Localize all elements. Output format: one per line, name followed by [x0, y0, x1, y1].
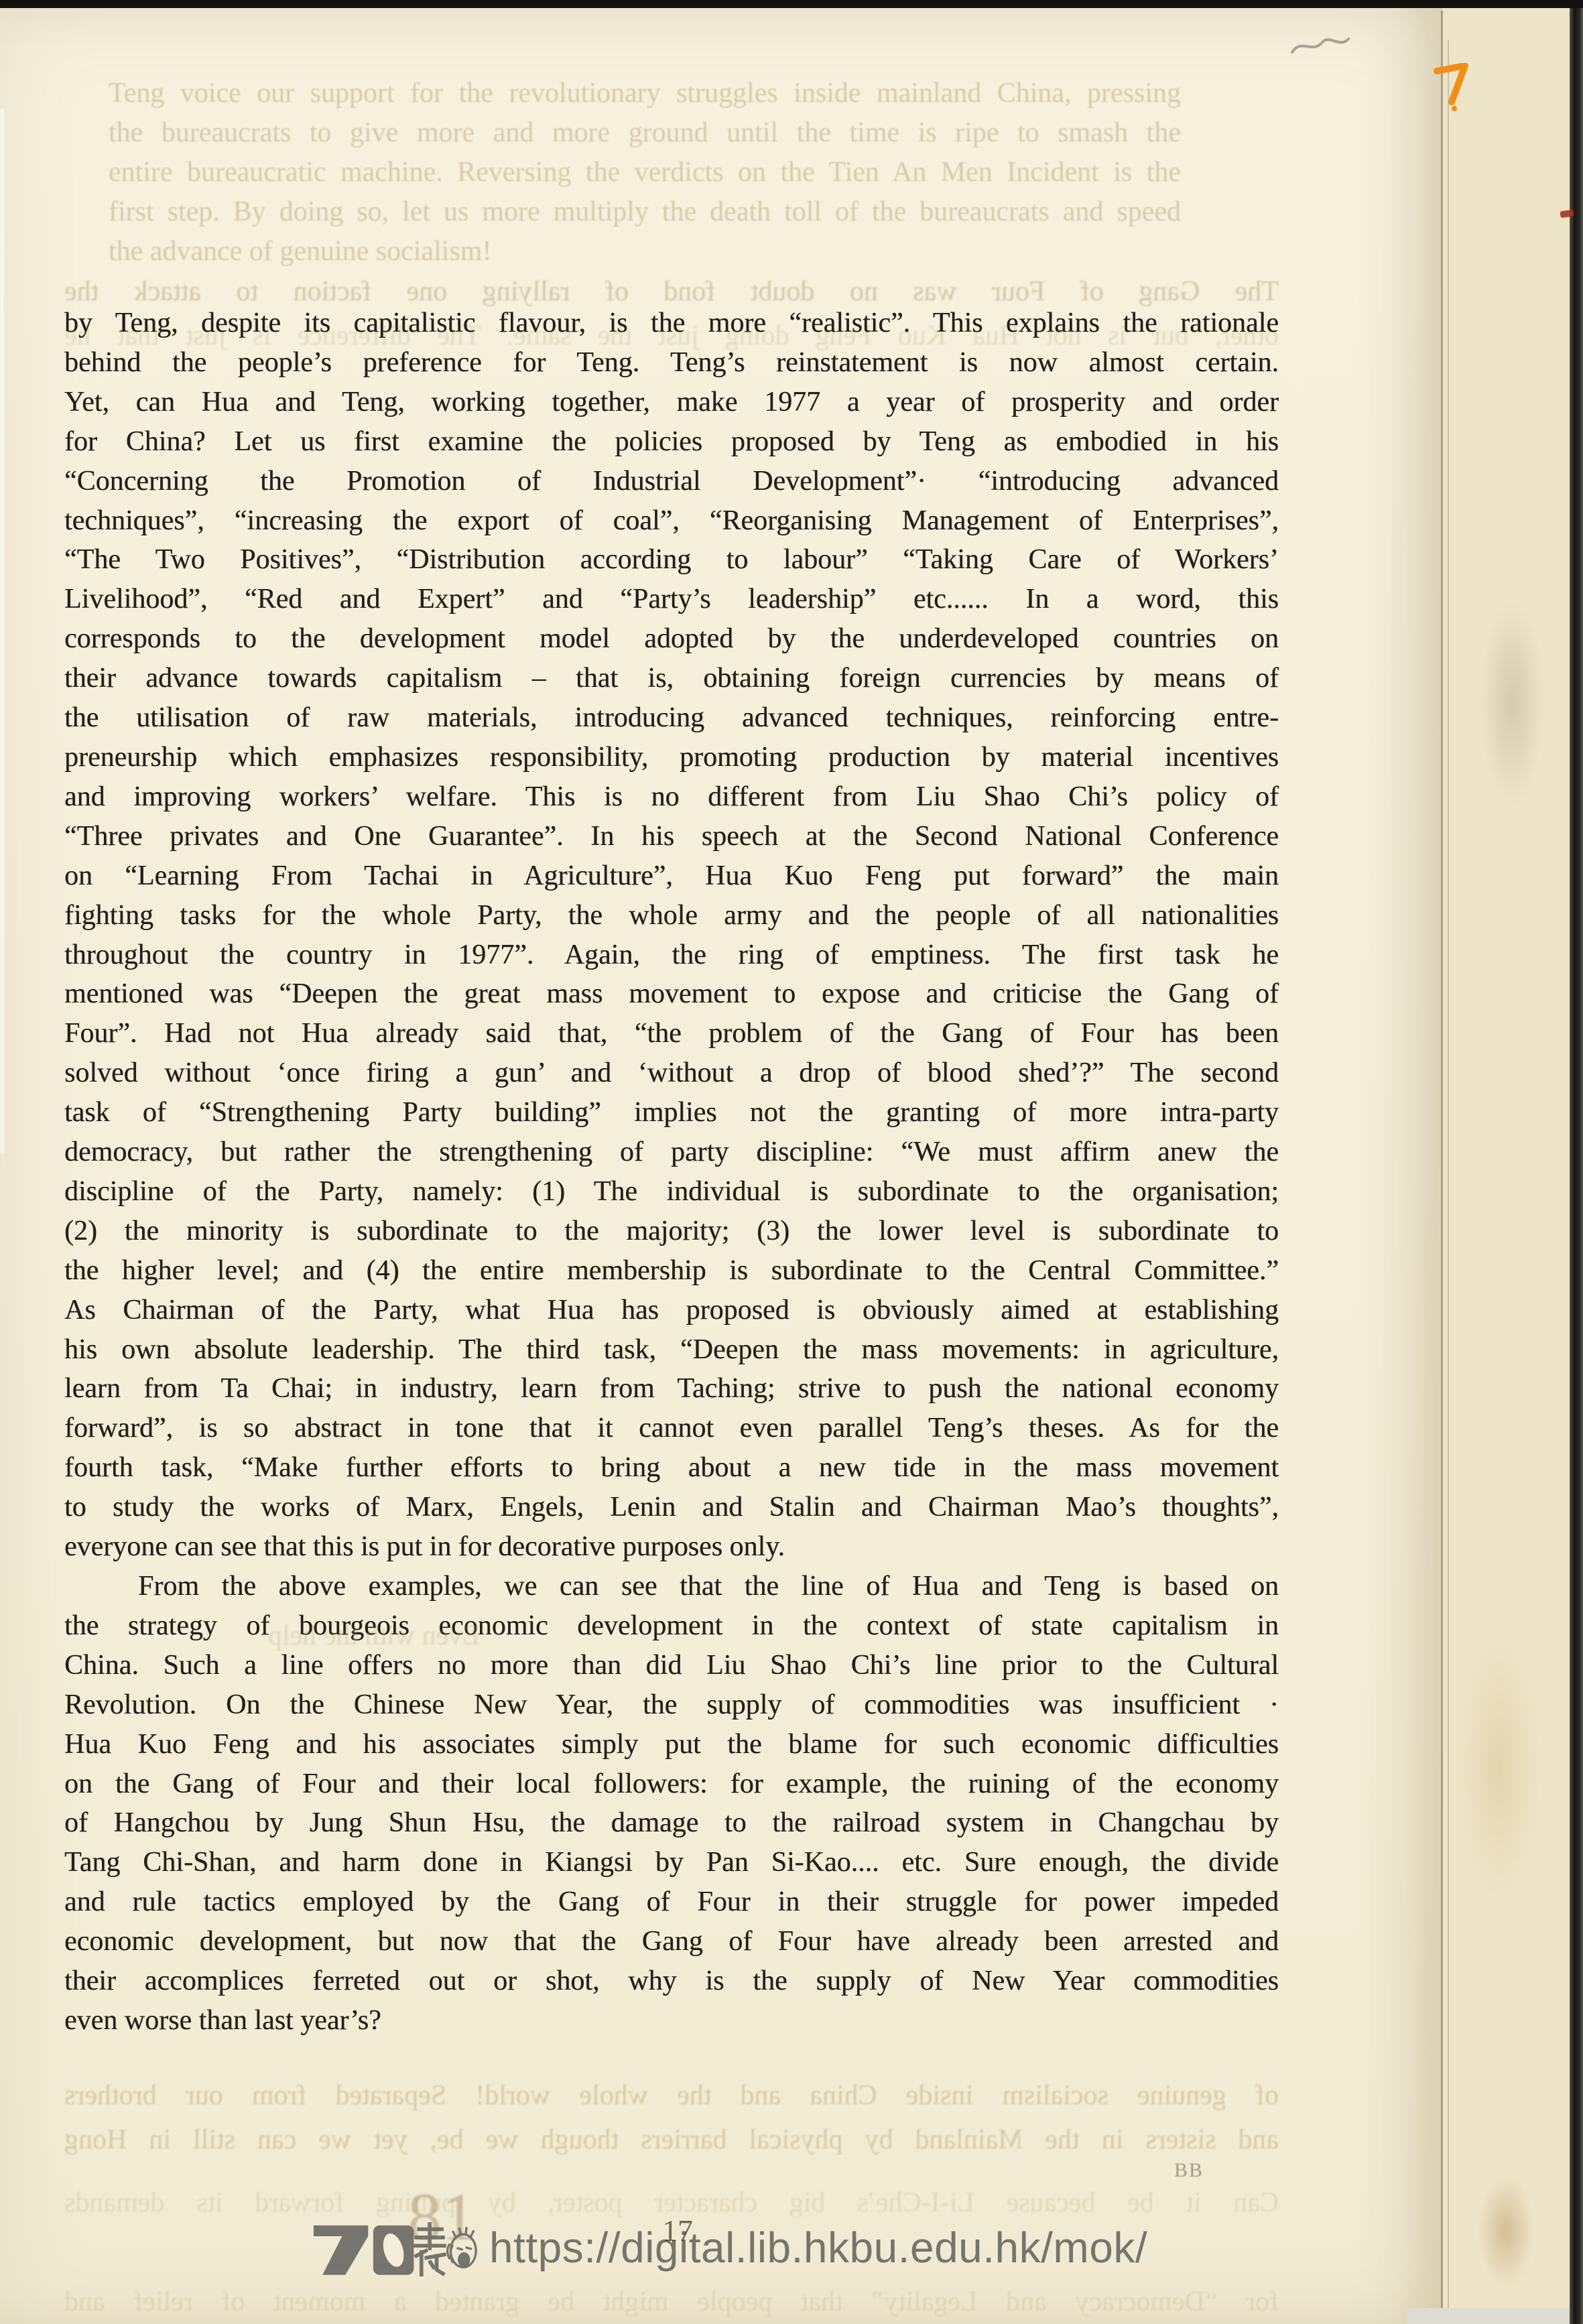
text-line: democracy, but rather the strengthening … — [64, 1133, 1279, 1172]
text-line: behind the people’s preference for Teng.… — [64, 343, 1279, 383]
ghost-line: the advance of genuine socialism! — [109, 232, 1181, 271]
text-line: their advance towards capitalism – that … — [64, 659, 1279, 698]
text-line: fourth task, “Make further efforts to br… — [64, 1448, 1279, 1488]
text-line: As Chairman of the Party, what Hua has p… — [64, 1291, 1279, 1330]
ghost-line-mirrored: of genuine socialism inside China and th… — [64, 2079, 1279, 2112]
text-line: mentioned was “Deepen the great mass mov… — [64, 974, 1279, 1014]
text-line: everyone can see that this is put in for… — [64, 1527, 1279, 1567]
pencil-scribble-mark — [1288, 31, 1352, 64]
watermark-url: https://digital.lib.hkbu.edu.hk/mok/ — [489, 2223, 1147, 2272]
page-stack-edge — [1442, 8, 1570, 2324]
text-line: and rule tactics employed by the Gang of… — [64, 1882, 1279, 1922]
text-line: by Teng, despite its capitalistic flavou… — [64, 304, 1279, 343]
text-line: for China? Let us first examine the poli… — [64, 422, 1279, 462]
text-line: learn from Ta Chai; in industry, learn f… — [64, 1369, 1279, 1409]
text-line: corresponds to the development model ado… — [64, 619, 1279, 659]
ghost-line: the bureaucrats to give more and more gr… — [109, 113, 1181, 153]
page-left-edge-highlight — [0, 109, 4, 1154]
text-line: Four”. Had not Hua already said that, “t… — [64, 1014, 1279, 1053]
ghost-line: entire bureaucratic machine. Reversing t… — [109, 153, 1181, 192]
text-line: to study the works of Marx, Engels, Leni… — [64, 1488, 1279, 1527]
text-line: economic development, but now that the G… — [64, 1922, 1279, 1961]
page-number: 17 — [662, 2213, 693, 2248]
scanned-page-photo: Teng voice our support for the revolutio… — [0, 0, 1583, 2324]
text-line: “Concerning the Promotion of Industrial … — [64, 462, 1279, 501]
ghost-line-mirrored: and sisters in the Mainland by physical … — [64, 2123, 1279, 2156]
body-text: by Teng, despite its capitalistic flavou… — [64, 304, 1279, 2041]
text-line: even worse than last year’s? — [64, 2001, 1279, 2041]
text-line: on “Learning From Tachai in Agriculture”… — [64, 856, 1279, 896]
text-line: forward”, is so abstract in tone that it… — [64, 1409, 1279, 1448]
leaf-edge-line-2 — [1448, 40, 1449, 2324]
text-line: of Hangchou by Jung Shun Hsu, the damage… — [64, 1803, 1279, 1843]
ghost-line: Teng voice our support for the revolutio… — [109, 74, 1181, 113]
text-line: their accomplices ferreted out or shot, … — [64, 1961, 1279, 2001]
book-binding — [1570, 0, 1583, 2324]
text-line: “Three privates and One Guarantee”. In h… — [64, 817, 1279, 856]
text-line: solved without ‘once firing a gun’ and ‘… — [64, 1053, 1279, 1093]
orange-crayon-mark — [1433, 63, 1474, 113]
leaf-edge-line — [1441, 11, 1443, 2324]
text-line: Hua Kuo Feng and his associates simply p… — [64, 1725, 1279, 1764]
text-line: task of “Strengthening Party building” i… — [64, 1093, 1279, 1133]
ghost-line-mirrored: for “Democracy and Legality” that people… — [64, 2285, 1279, 2319]
text-line: and improving workers’ welfare. This is … — [64, 777, 1279, 817]
text-line: Tang Chi-Shan, and harm done in Kiangsi … — [64, 1843, 1279, 1882]
text-line: the higher level; and (4) the entire mem… — [64, 1251, 1279, 1291]
text-line: Revolution. On the Chinese New Year, the… — [64, 1685, 1279, 1725]
text-line: discipline of the Party, namely: (1) The… — [64, 1172, 1279, 1212]
text-line: Yet, can Hua and Teng, working together,… — [64, 383, 1279, 422]
scan-bed-top — [0, 0, 1583, 8]
ghost-text-top: Teng voice our support for the revolutio… — [109, 74, 1181, 271]
scan-bed-bottom — [1407, 2308, 1583, 2324]
text-line: “The Two Positives”, “Distribution accor… — [64, 540, 1279, 580]
book-page: Teng voice our support for the revolutio… — [0, 8, 1442, 2324]
text-line: techniques”, “increasing the export of c… — [64, 501, 1279, 541]
text-line: his own absolute leadership. The third t… — [64, 1330, 1279, 1370]
text-line: preneurship which emphasizes responsibil… — [64, 738, 1279, 777]
text-line: From the above examples, we can see that… — [64, 1567, 1279, 1606]
ghost-line: first step. By doing so, let us more mul… — [109, 192, 1181, 232]
ghost-line-mirrored: Even with the help — [64, 1619, 480, 1653]
text-line: fighting tasks for the whole Party, the … — [64, 896, 1279, 935]
library-watermark: https://digital.lib.hkbu.edu.hk/mok/ — [312, 2215, 1147, 2280]
text-line: Livelihood”, “Red and Expert” and “Party… — [64, 580, 1279, 619]
text-line: (2) the minority is subordinate to the m… — [64, 1212, 1279, 1251]
seventies-biweekly-logo-icon — [312, 2219, 479, 2276]
text-line: the utilisation of raw materials, introd… — [64, 698, 1279, 738]
margin-smudge: BB — [1174, 2159, 1204, 2182]
text-line: throughout the country in 1977”. Again, … — [64, 935, 1279, 975]
text-line: on the Gang of Four and their local foll… — [64, 1764, 1279, 1804]
